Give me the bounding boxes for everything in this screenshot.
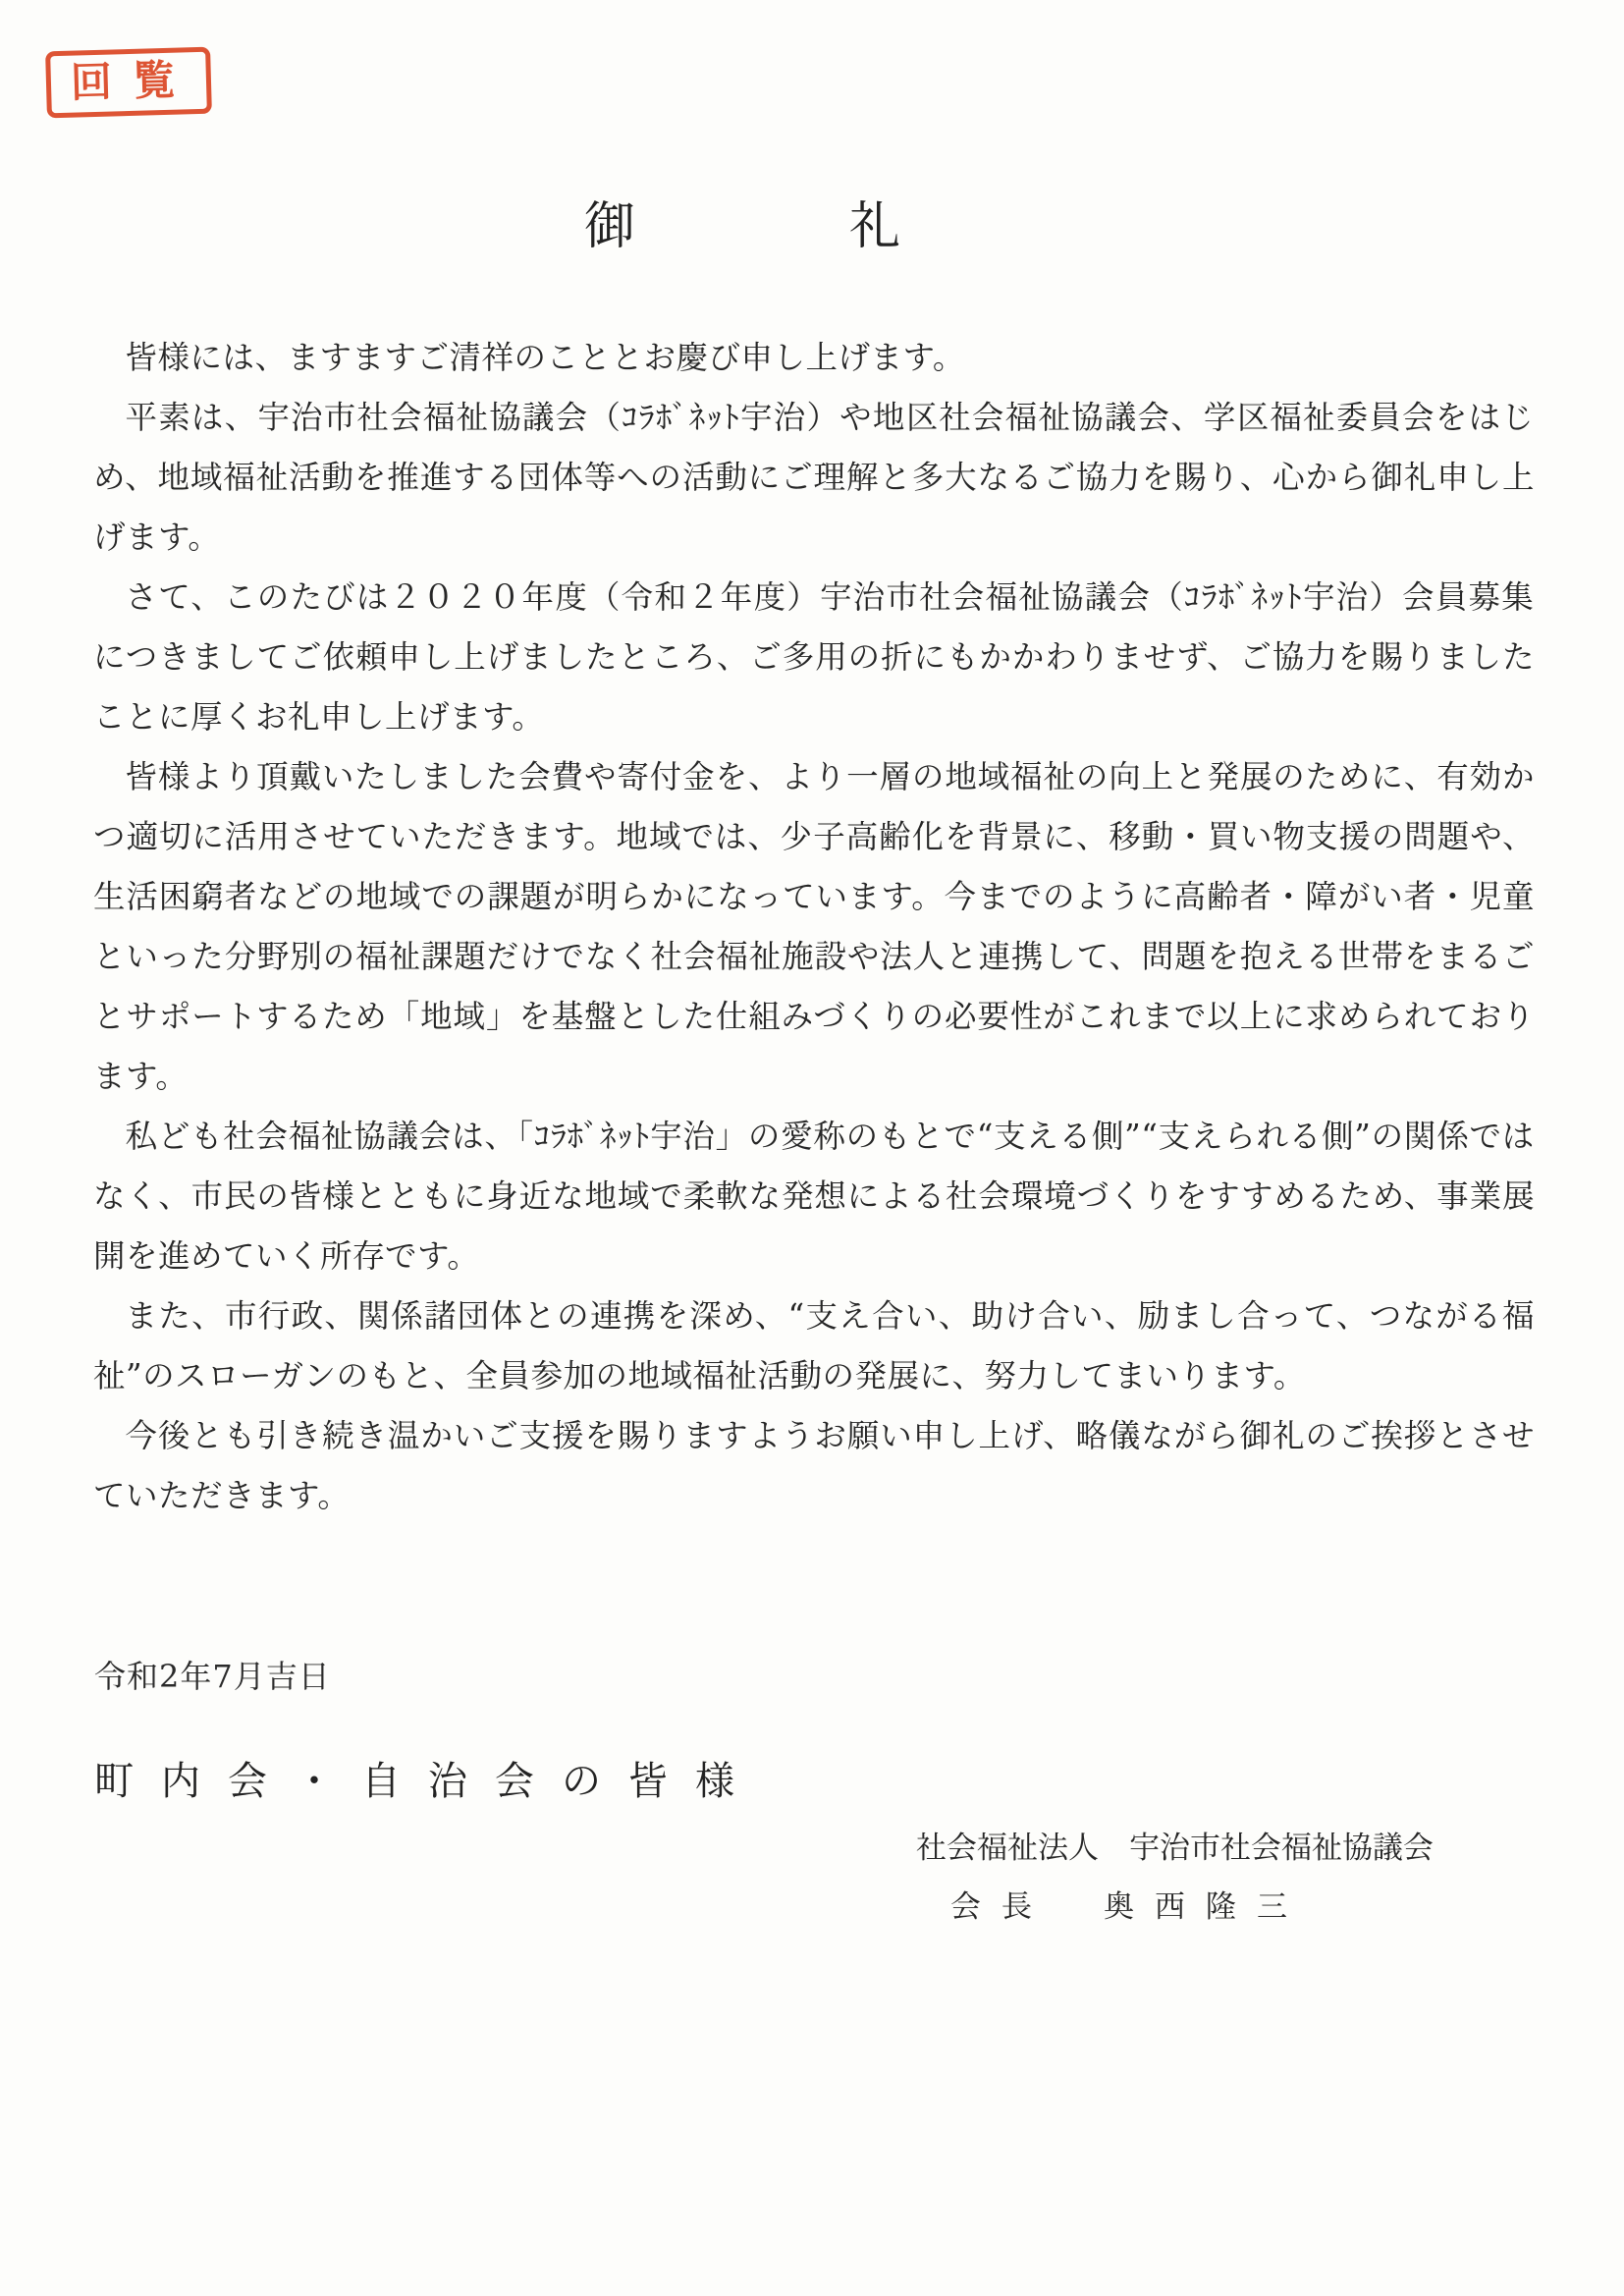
circulation-stamp: 回覧 [45, 47, 212, 119]
letter-paragraph-1: 皆様には、ますますご清祥のこととお慶び申し上げます。 [93, 328, 1535, 388]
letter-title: 御 礼 [0, 185, 1555, 258]
letter-date: 令和2年7月吉日 [94, 1652, 331, 1697]
circulation-stamp-label: 回覧 [70, 55, 196, 107]
letter-paragraph-2: 平素は、宇治市社会福祉協議会（ｺﾗﾎﾞﾈｯﾄ宇治）や地区社会福祉協議会、学区福祉… [93, 388, 1535, 568]
scanned-letter-page: 回覧 御 礼 皆様には、ますますご清祥のこととお慶び申し上げます。 平素は、宇治… [0, 0, 1624, 2296]
addressee: 町内会・自治会の皆様 [94, 1750, 762, 1806]
letter-paragraph-3: さて、このたびは２０２０年度（令和２年度）宇治市社会福祉協議会（ｺﾗﾎﾞﾈｯﾄ宇… [93, 568, 1535, 747]
letter-body: 皆様には、ますますご清祥のこととお慶び申し上げます。 平素は、宇治市社会福祉協議… [93, 328, 1535, 1526]
signature-chairperson: 会長 奥西隆三 [916, 1878, 1434, 1937]
letter-paragraph-5: 私ども社会福祉協議会は、「ｺﾗﾎﾞﾈｯﾄ宇治」の愛称のもとで“支える側”“支えら… [93, 1107, 1535, 1286]
letter-paragraph-7: 今後とも引き続き温かいご支援を賜りますようお願い申し上げ、略儀ながら御礼のご挨拶… [93, 1406, 1535, 1526]
signature-organization: 社会福祉法人 宇治市社会福祉協議会 [916, 1819, 1434, 1878]
signature-block: 社会福祉法人 宇治市社会福祉協議会 会長 奥西隆三 [916, 1819, 1434, 1937]
letter-paragraph-6: また、市行政、関係諸団体との連携を深め、“支え合い、助け合い、励まし合って、つな… [93, 1286, 1535, 1406]
letter-paragraph-4: 皆様より頂戴いたしました会費や寄付金を、より一層の地域福祉の向上と発展のために、… [93, 747, 1535, 1107]
